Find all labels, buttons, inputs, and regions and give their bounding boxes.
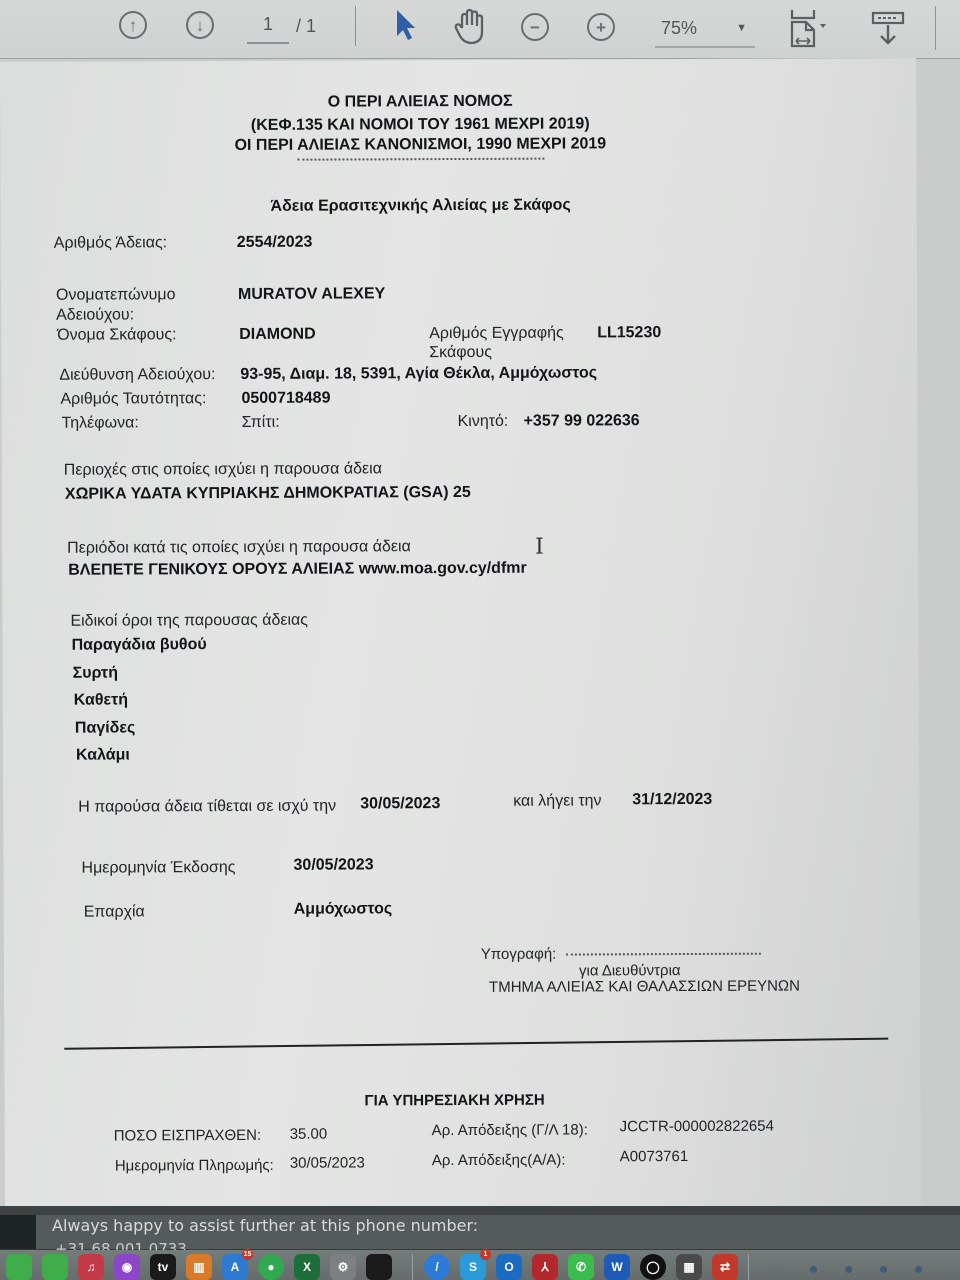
law-title: Ο ΠΕΡΙ ΑΛΙΕΙΑΣ ΝΟΜΟΣ xyxy=(200,92,640,112)
books-icon: ▥ xyxy=(193,1260,204,1274)
page-fit-width-icon[interactable] xyxy=(788,8,828,50)
receipt-aa-label: Αρ. Απόδειξης(Α/Α): xyxy=(432,1152,566,1170)
dock-sync-app[interactable]: ◯ xyxy=(640,1254,666,1280)
dock-acrobat[interactable]: ⅄ xyxy=(532,1254,558,1280)
dock-podcasts[interactable]: ◉ xyxy=(114,1254,140,1280)
outlook-icon: O xyxy=(504,1260,513,1274)
minus-circle-icon[interactable]: − xyxy=(521,13,549,41)
law-subtitle: (ΚΕΦ.135 ΚΑΙ ΝΟΜΟΙ ΤΟΥ 1961 ΜΕΧΡΙ 2019) xyxy=(200,115,640,135)
dock-minimized-item[interactable] xyxy=(810,1266,817,1273)
dock-music[interactable]: ♫ xyxy=(78,1254,104,1280)
find-my-icon: ● xyxy=(267,1260,274,1274)
special-terms-label: Ειδικοί όροι της παρουσας άδειας xyxy=(70,612,308,631)
chat-avatar-area xyxy=(0,1215,36,1249)
safari-icon: / xyxy=(435,1260,438,1274)
dock-system-preferences[interactable]: ⚙ xyxy=(330,1254,356,1280)
license-number: 2554/2023 xyxy=(237,234,313,252)
notification-badge: 15 xyxy=(242,1249,253,1260)
dock-safari[interactable]: / xyxy=(424,1254,450,1280)
zoom-level-select[interactable]: 75% ▼ xyxy=(655,14,755,48)
issue-date-label: Ημερομηνία Έκδοσης xyxy=(81,859,235,878)
vessel-reg-number: LL15230 xyxy=(597,324,661,342)
signature-label: Υπογραφή: xyxy=(481,946,557,963)
license-number-label: Αριθμός Άδειας: xyxy=(54,234,167,252)
holder-name: MURATOV ALEXEY xyxy=(238,285,385,304)
areas-value: ΧΩΡΙΚΑ ΥΔΑΤΑ ΚΥΠΡΙΑΚΗΣ ΔΗΜΟΚΡΑΤΙΑΣ (GSA)… xyxy=(65,484,471,504)
holder-name-label: Ονοματεπώνυμο xyxy=(56,286,176,305)
receipt-gl-label: Αρ. Απόδειξης (Γ/Λ 18): xyxy=(432,1121,588,1139)
vessel-name-label: Όνομα Σκάφους: xyxy=(57,326,176,345)
sync-circle-icon: ◯ xyxy=(646,1260,659,1274)
dock-unknown-app[interactable] xyxy=(366,1254,392,1280)
amount-label: ΠΟΣΟ ΕΙΣΠΡΑΧΘΕΝ: xyxy=(114,1127,262,1145)
zoom-level-value: 75% xyxy=(661,18,697,39)
id-number-label: Αριθμός Ταυτότητας: xyxy=(60,390,206,409)
dock-find-my[interactable]: ● xyxy=(258,1254,284,1280)
dock-word[interactable]: W xyxy=(604,1254,630,1280)
remote-desktop-icon: ⇄ xyxy=(720,1260,730,1274)
vessel-reg-label-2: Σκάφους xyxy=(429,344,492,362)
periods-value: ΒΛΕΠΕΤΕ ΓΕΝΙΚΟΥΣ ΟΡΟΥΣ ΑΛΙΕΙΑΣ www.moa.g… xyxy=(68,560,527,580)
issue-date: 30/05/2023 xyxy=(293,856,373,874)
calculator-icon: ▦ xyxy=(683,1260,694,1274)
app-store-icon: A xyxy=(231,1260,240,1274)
dock-outlook[interactable]: O xyxy=(496,1254,522,1280)
section-divider xyxy=(64,1038,888,1050)
holder-name-label-2: Αδειούχου: xyxy=(56,306,134,324)
hand-icon[interactable] xyxy=(454,8,488,46)
district-label: Επαρχία xyxy=(84,903,145,921)
home-phone-label: Σπίτι: xyxy=(242,414,280,432)
acrobat-icon: ⅄ xyxy=(541,1260,548,1274)
skype-icon: S xyxy=(469,1260,477,1274)
mobile-phone: +357 99 022636 xyxy=(524,412,640,431)
validity-end-label: και λήγει την xyxy=(513,792,601,810)
special-term-item: Συρτή xyxy=(73,664,118,682)
dock-facetime[interactable] xyxy=(42,1254,68,1280)
dock-app-store[interactable]: A15 xyxy=(222,1254,248,1280)
dock-divider xyxy=(748,1254,749,1280)
text-cursor-icon: I xyxy=(535,535,544,560)
dock-minimized-item[interactable] xyxy=(774,1266,781,1273)
special-term-item: Παγίδες xyxy=(75,719,135,737)
license-type-title: Άδεια Ερασιτεχνικής Αλιείας με Σκάφος xyxy=(201,196,641,216)
id-number: 0500718489 xyxy=(241,390,330,408)
arrow-down-circle-icon[interactable]: ↓ xyxy=(186,11,214,39)
excel-icon: X xyxy=(303,1260,311,1274)
music-icon: ♫ xyxy=(87,1260,96,1274)
areas-label: Περιοχές στις οποίες ισχύει η παρουσα άδ… xyxy=(64,460,382,479)
chevron-down-icon: ▼ xyxy=(736,22,747,34)
dock-minimized-item[interactable] xyxy=(880,1266,887,1273)
validity-start-label: Η παρούσα άδεια τίθεται σε ισχύ την xyxy=(78,798,336,817)
dock-minimized-item[interactable] xyxy=(915,1266,922,1273)
signature-line xyxy=(566,953,761,956)
payment-date-label: Ημερομηνία Πληρωμής: xyxy=(115,1157,274,1175)
dock-books[interactable]: ▥ xyxy=(186,1254,212,1280)
dock-excel[interactable]: X xyxy=(294,1254,320,1280)
for-director-text: για Διευθύντρια xyxy=(579,962,681,979)
dock-tv[interactable]: tv xyxy=(150,1254,176,1280)
podcasts-icon: ◉ xyxy=(122,1260,132,1274)
vessel-reg-label: Αριθμός Εγγραφής xyxy=(429,325,564,344)
pdf-viewer-toolbar: ↑ ↓ 1 / 1 − + 75% ▼ xyxy=(0,0,960,59)
word-icon: W xyxy=(611,1260,622,1274)
vessel-name: DIAMOND xyxy=(239,326,316,344)
special-term-item: Καθετή xyxy=(74,691,128,709)
receipt-aa-number: A0073761 xyxy=(620,1148,688,1165)
page-number-input[interactable]: 1 xyxy=(247,14,289,44)
dock-calculator[interactable]: ▦ xyxy=(676,1254,702,1280)
gear-icon: ⚙ xyxy=(338,1260,349,1274)
arrow-up-circle-icon[interactable]: ↑ xyxy=(119,11,147,39)
whatsapp-icon: ✆ xyxy=(576,1260,586,1274)
toolbar-divider xyxy=(355,6,356,46)
dock-remote-desktop[interactable]: ⇄ xyxy=(712,1254,738,1280)
periods-label: Περιόδοι κατά τις οποίες ισχύει η παρουσ… xyxy=(67,538,411,557)
chat-message-text: Always happy to assist further at this p… xyxy=(52,1216,478,1235)
notification-badge: 1 xyxy=(480,1249,491,1260)
validity-start-date: 30/05/2023 xyxy=(360,795,440,813)
phones-label: Τηλέφωνα: xyxy=(62,414,139,432)
dock-whatsapp[interactable]: ✆ xyxy=(568,1254,594,1280)
department-name: ΤΜΗΜΑ ΑΛΙΕΙΑΣ ΚΑΙ ΘΑΛΑΣΣΙΩΝ ΕΡΕΥΝΩΝ xyxy=(489,978,800,996)
toolbar-divider xyxy=(935,6,936,50)
regulations-title: ΟΙ ΠΕΡΙ ΑΛΙΕΙΑΣ ΚΑΝΟΝΙΣΜΟΙ, 1990 ΜΕΧΡΙ 2… xyxy=(200,135,640,155)
district: Αμμόχωστος xyxy=(294,900,393,918)
arrow-cursor-icon[interactable] xyxy=(394,8,418,42)
special-term-item: Καλάμι xyxy=(76,746,130,764)
special-term-item: Παραγάδια βυθού xyxy=(72,636,207,655)
plus-circle-icon[interactable]: + xyxy=(587,13,615,41)
address-label: Διεύθυνση Αδειούχου: xyxy=(59,366,215,385)
dock-divider xyxy=(412,1254,413,1280)
address: 93-95, Διαμ. 18, 5391, Αγία Θέκλα, Αμμόχ… xyxy=(240,364,597,384)
document-page: Ο ΠΕΡΙ ΑΛΙΕΙΑΣ ΝΟΜΟΣ (ΚΕΦ.135 ΚΑΙ ΝΟΜΟΙ … xyxy=(0,58,921,1212)
official-use-title: ΓΙΑ ΥΠΗΡΕΣΙΑΚΗ ΧΡΗΣΗ xyxy=(364,1092,544,1110)
page-total: / 1 xyxy=(296,16,316,37)
validity-end-date: 31/12/2023 xyxy=(632,791,712,809)
tv-icon: tv xyxy=(158,1260,169,1274)
dock-skype[interactable]: S1 xyxy=(460,1254,486,1280)
dock-minimized-item[interactable] xyxy=(845,1266,852,1273)
download-icon[interactable] xyxy=(870,10,906,48)
payment-date: 30/05/2023 xyxy=(290,1154,365,1171)
mobile-phone-label: Κινητό: xyxy=(458,413,509,431)
dock-messages[interactable] xyxy=(6,1254,32,1280)
receipt-gl-number: JCCTR-000002822654 xyxy=(620,1118,774,1136)
amount-value: 35.00 xyxy=(290,1126,328,1143)
title-divider xyxy=(297,158,544,161)
